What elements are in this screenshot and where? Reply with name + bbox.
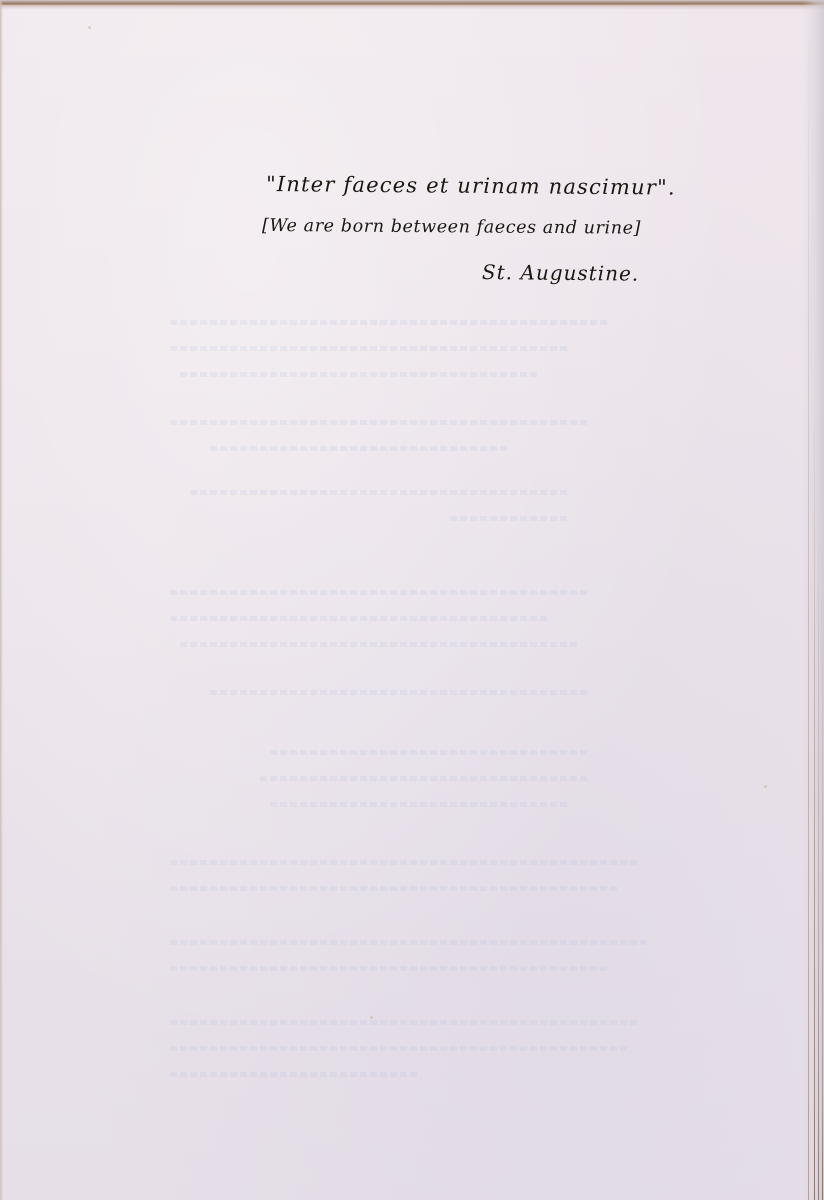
paper-speck — [88, 26, 91, 29]
paper-speck — [764, 785, 767, 788]
bleed-line — [190, 490, 570, 495]
stacked-page-edges — [804, 20, 824, 1200]
page-edge-line — [814, 20, 815, 1200]
bleed-line — [170, 590, 590, 595]
bleed-line — [260, 776, 590, 781]
bleed-line — [170, 966, 610, 971]
manuscript-page: "Inter faeces et urinam nascimur". [We a… — [0, 0, 824, 1200]
bleed-line — [170, 420, 590, 425]
quote-latin-text: "Inter faeces et urinam nascimur". — [266, 172, 676, 200]
bleed-line — [450, 516, 570, 521]
bleed-line — [170, 1046, 630, 1051]
bleed-line — [170, 940, 650, 945]
bleed-line — [170, 1020, 640, 1025]
bleed-line — [180, 642, 580, 647]
bleed-line — [210, 446, 510, 451]
page-top-shadow — [0, 6, 824, 10]
bleed-line — [170, 346, 570, 351]
bleed-line — [170, 860, 640, 865]
verso-bleed-through — [150, 300, 650, 1100]
bleed-line — [180, 372, 540, 377]
bleed-line — [210, 690, 590, 695]
bleed-line — [270, 802, 570, 807]
handwritten-quote: "Inter faeces et urinam nascimur". [We a… — [262, 168, 682, 298]
bleed-line — [170, 886, 620, 891]
paper-speck — [370, 1016, 373, 1019]
quote-translation-text: [We are born between faeces and urine] — [262, 216, 641, 239]
page-edge-line — [808, 20, 809, 1200]
page-left-edge — [0, 0, 3, 1200]
bleed-line — [170, 1072, 420, 1077]
page-edge-line — [822, 20, 823, 1200]
bleed-line — [170, 320, 610, 325]
bleed-line — [270, 750, 590, 755]
bleed-line — [170, 616, 550, 621]
page-edge-line — [818, 20, 819, 1200]
quote-attribution: St. Augustine. — [482, 260, 639, 286]
